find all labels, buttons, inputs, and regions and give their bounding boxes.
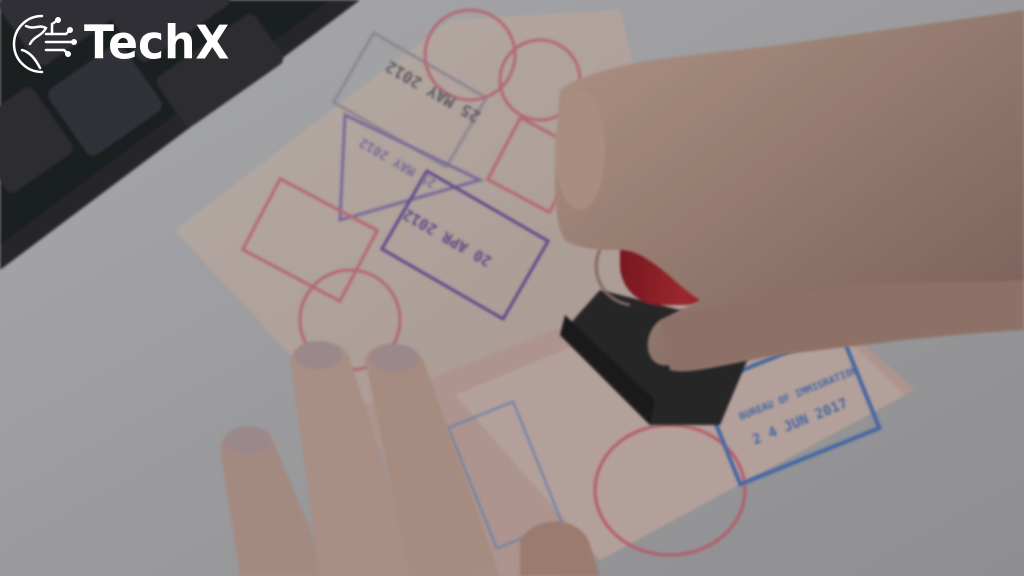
globe-circuit-icon: [12, 10, 80, 78]
brand-name: TechX: [84, 21, 229, 67]
passport-stamping-photo: 25 MAY 2012 25 MAY 2012 20 APR 2012 BURE…: [0, 0, 1024, 576]
techx-logo: TechX: [12, 10, 229, 78]
